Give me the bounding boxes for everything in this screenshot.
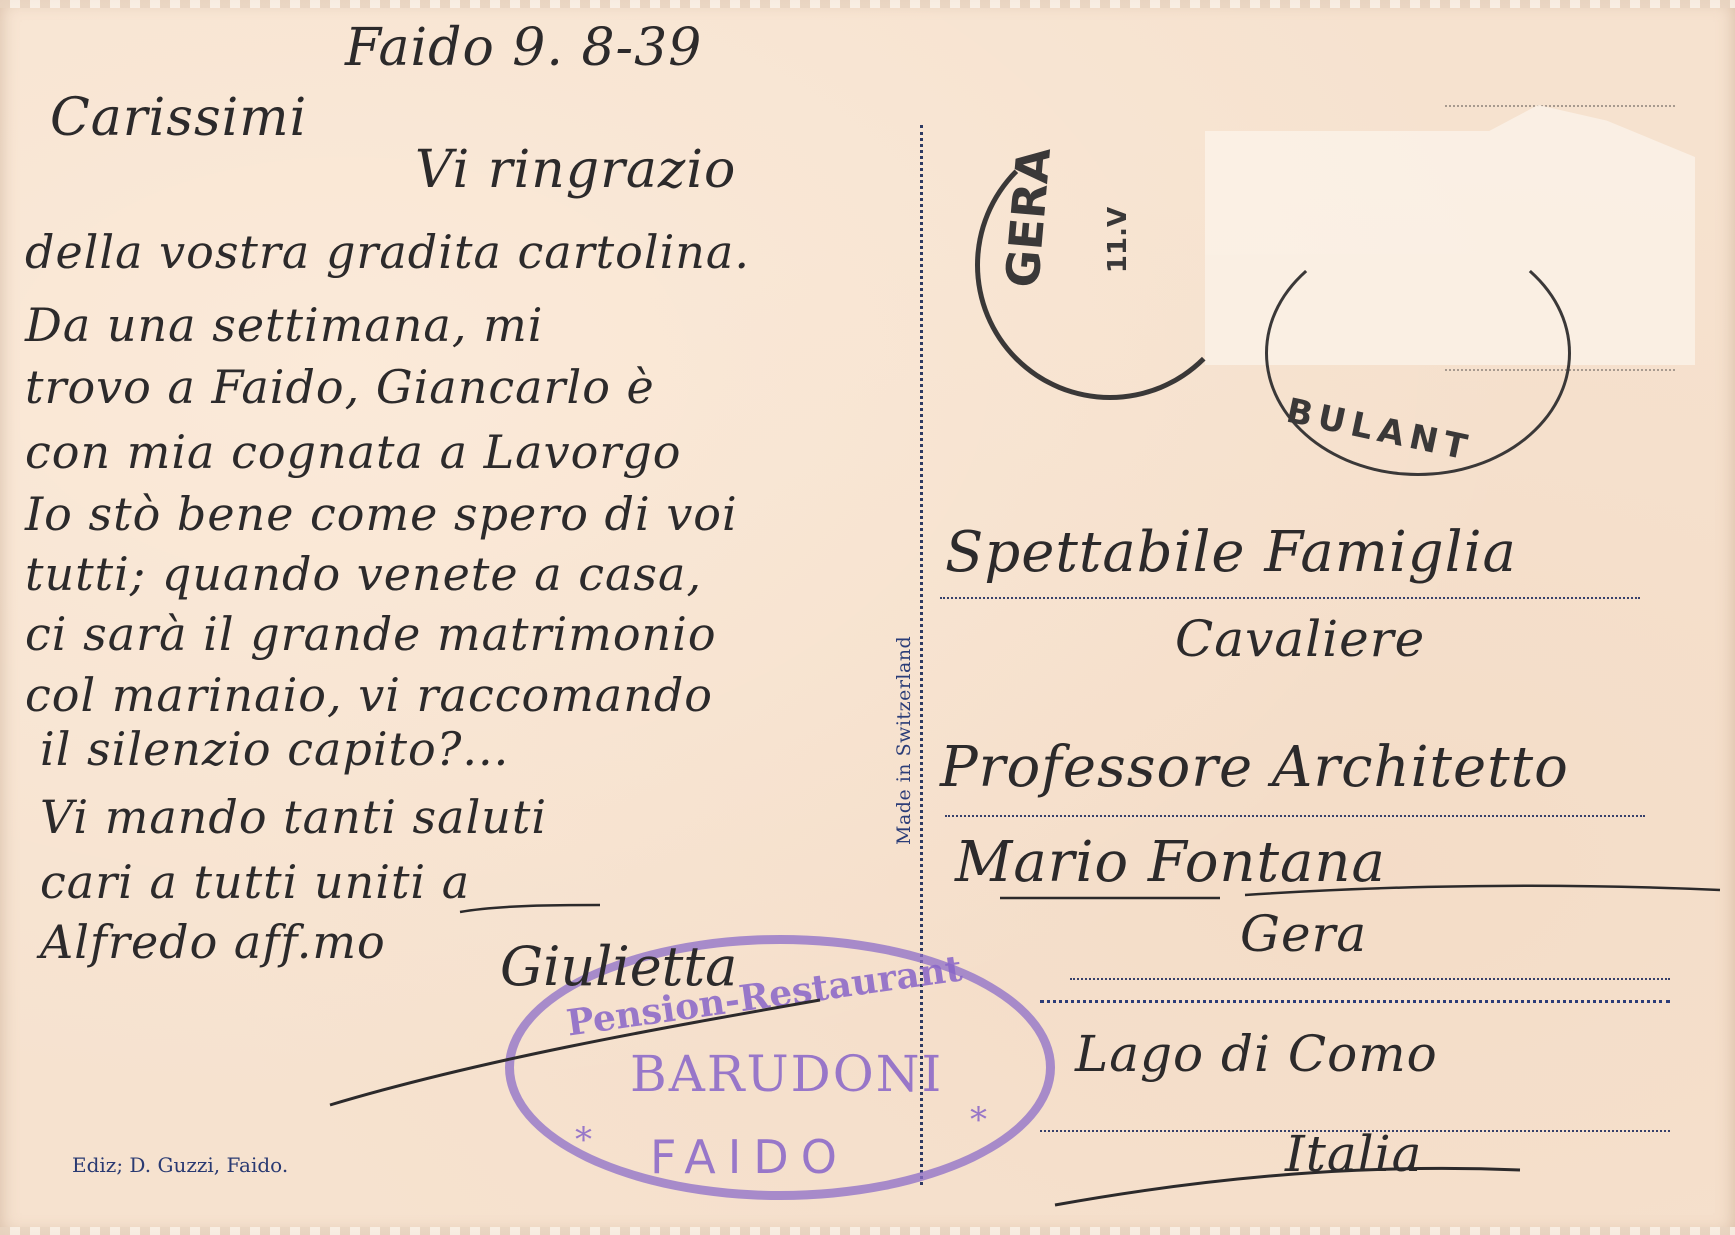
postcard-back: Faido 9. 8-39 Carissimi Vi ringrazio del… bbox=[0, 0, 1735, 1235]
pen-flourishes bbox=[0, 0, 1735, 1235]
